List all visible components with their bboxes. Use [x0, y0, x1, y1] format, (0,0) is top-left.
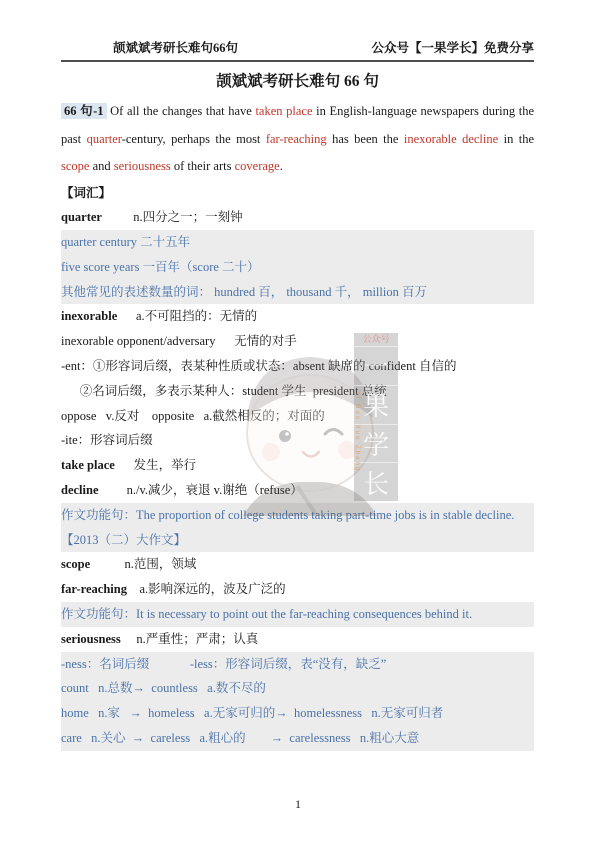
text-run: and [89, 159, 113, 173]
text-run: -ent：①形容词后缀，表某种性质或状态：absent 缺席的 confiden… [61, 359, 456, 373]
header-left-title: 颉斌斌考研长难句66句 [113, 40, 238, 56]
text-run: -ite：形容词后缀 [61, 433, 153, 447]
text-run: -ness：名词后缀 -less：形容词后缀，表“没有，缺乏” [61, 657, 386, 671]
vocab-heading: 【词汇】 [61, 181, 534, 206]
document-page: 颉斌斌考研长难句66句 公众号【一果学长】免费分享 颉斌斌考研长难句 66 句 … [0, 0, 596, 842]
vocab-line: quarter century 二十五年 [61, 230, 534, 255]
text-run: a.影响深远的，波及广泛的 [127, 582, 286, 596]
text-run: far-reaching [61, 582, 127, 596]
text-run: seriousness [114, 159, 171, 173]
sentence-paragraph: 66 句-1 Of all the changes that have take… [61, 98, 534, 181]
vocab-line: 作文功能句：It is necessary to point out the f… [61, 602, 534, 627]
vocab-line: oppose v.反对 opposite a.截然相反的；对面的 [61, 404, 534, 429]
vocab-line: -ent：①形容词后缀，表某种性质或状态：absent 缺席的 confiden… [61, 354, 534, 379]
vocab-line: -ite：形容词后缀 [61, 428, 534, 453]
text-run: home n.家 → homeless a.无家可归的→ homelessnes… [61, 706, 443, 720]
text-run: scope [61, 159, 89, 173]
header-divider [61, 60, 534, 62]
text-run: n./v.减少，衰退 v.谢绝（refuse） [99, 483, 303, 497]
vocab-line: decline n./v.减少，衰退 v.谢绝（refuse） [61, 478, 534, 503]
text-run: ②名词后缀，多表示某种人：student 学生 president 总统 [61, 384, 387, 398]
vocab-line: seriousness n.严重性；严肃；认真 [61, 627, 534, 652]
text-run: quarter century 二十五年 [61, 235, 190, 249]
text-run: 【2013（二）大作文】 [61, 533, 186, 547]
vocab-section: 【词汇】quarter n.四分之一；一刻钟quarter century 二十… [61, 181, 534, 751]
vocab-line: home n.家 → homeless a.无家可归的→ homelessnes… [61, 701, 534, 726]
vocab-line: scope n.范围，领域 [61, 552, 534, 577]
text-run: seriousness [61, 632, 121, 646]
page-number: 1 [0, 797, 596, 812]
vocab-line: 其他常见的表述数量的词： hundred 百， thousand 千， mill… [61, 280, 534, 305]
text-run: 【词汇】 [61, 186, 111, 200]
text-run: a.不可阻挡的：无情的 [117, 309, 257, 323]
header-right-title: 公众号【一果学长】免费分享 [371, 40, 534, 56]
text-run: taken place [255, 104, 312, 118]
text-run: quarter [87, 132, 122, 146]
page-title: 颉斌斌考研长难句 66 句 [61, 72, 534, 92]
text-run: in the [498, 132, 534, 146]
vocab-line: -ness：名词后缀 -less：形容词后缀，表“没有，缺乏” [61, 652, 534, 677]
vocab-line: take place 发生，举行 [61, 453, 534, 478]
vocab-line: care n.关心 → careless a.粗心的 → carelessnes… [61, 726, 534, 751]
text-run: n.严重性；严肃；认真 [121, 632, 259, 646]
sentence-number-tag: 66 句-1 [61, 103, 107, 119]
text-run: inexorable [61, 309, 117, 323]
page-content: 颉斌斌考研长难句66句 公众号【一果学长】免费分享 颉斌斌考研长难句 66 句 … [0, 0, 596, 842]
vocab-line: quarter n.四分之一；一刻钟 [61, 205, 534, 230]
text-run: scope [61, 557, 90, 571]
vocab-line: ②名词后缀，多表示某种人：student 学生 president 总统 [61, 379, 534, 404]
vocab-line: far-reaching a.影响深远的，波及广泛的 [61, 577, 534, 602]
text-run: 作文功能句：It is necessary to point out the f… [61, 607, 472, 621]
text-run: inexorable decline [404, 132, 498, 146]
vocab-line: 【2013（二）大作文】 [61, 528, 534, 553]
text-run: . [280, 159, 283, 173]
vocab-line: count n.总数→ countless a.数不尽的 [61, 676, 534, 701]
vocab-line: five score years 一百年（score 二十） [61, 255, 534, 280]
text-run: quarter [61, 210, 102, 224]
text-run: n.四分之一；一刻钟 [102, 210, 243, 224]
text-run: care n.关心 → careless a.粗心的 → carelessnes… [61, 731, 419, 745]
vocab-line: 作文功能句：The proportion of college students… [61, 503, 534, 528]
text-run: Of all the changes that have [110, 104, 255, 118]
text-run: five score years 一百年（score 二十） [61, 260, 260, 274]
text-run: -century, perhaps the most [122, 132, 266, 146]
text-run: 发生，举行 [115, 458, 196, 472]
text-run: take place [61, 458, 115, 472]
text-run: of their arts [171, 159, 235, 173]
text-run: inexorable opponent/adversary 无情的对手 [61, 334, 297, 348]
page-header: 颉斌斌考研长难句66句 公众号【一果学长】免费分享 [61, 40, 534, 56]
text-run: count n.总数→ countless a.数不尽的 [61, 681, 266, 695]
text-run: 作文功能句：The proportion of college students… [61, 508, 514, 522]
text-run: decline [61, 483, 99, 497]
text-run: 其他常见的表述数量的词： hundred 百， thousand 千， mill… [61, 285, 427, 299]
text-run: n.范围，领域 [90, 557, 196, 571]
text-run: oppose v.反对 opposite a.截然相反的；对面的 [61, 409, 325, 423]
vocab-line: inexorable a.不可阻挡的：无情的 [61, 304, 534, 329]
text-run: far-reaching [266, 132, 327, 146]
text-run: has been the [327, 132, 404, 146]
text-run: coverage [235, 159, 280, 173]
vocab-line: inexorable opponent/adversary 无情的对手 [61, 329, 534, 354]
